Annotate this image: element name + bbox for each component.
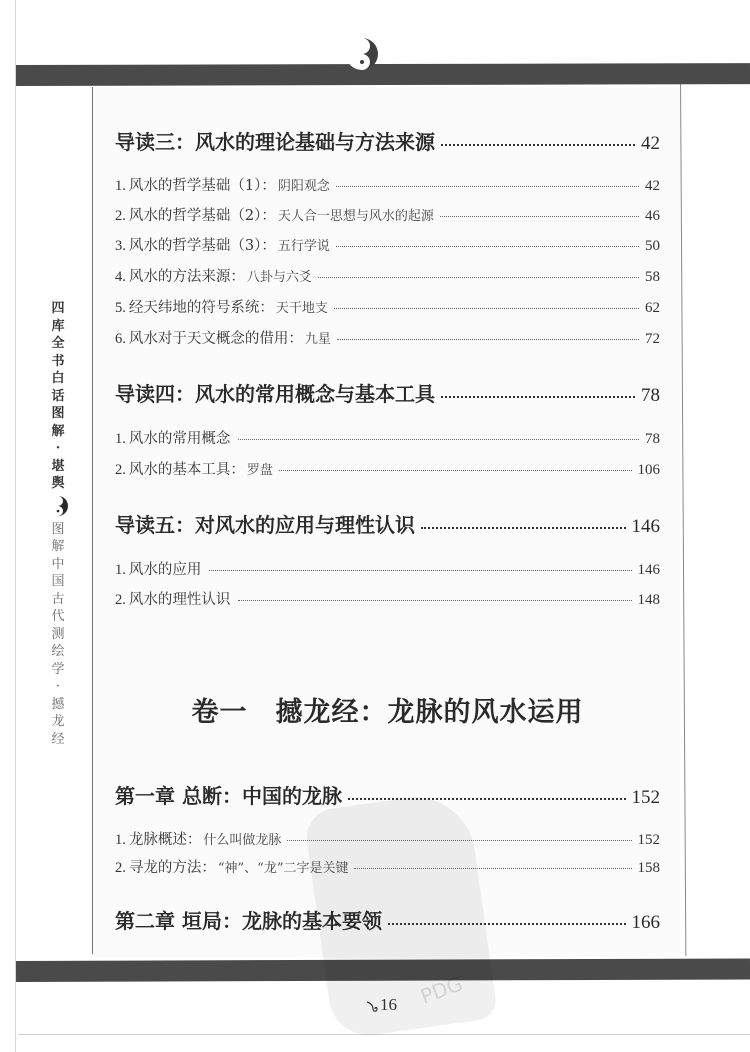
spine-char: 学 bbox=[51, 661, 64, 679]
entry-subtitle: “神”、“龙”二字是关键 bbox=[218, 861, 349, 876]
entry-number: 1. bbox=[115, 431, 126, 447]
toc-section-heading[interactable]: 导读五：对风水的应用与理性认识 146 bbox=[115, 509, 660, 538]
spine-char: 经 bbox=[51, 731, 64, 749]
toc-entry[interactable]: 3.风水的哲学基础（3）：五行学说 50 bbox=[115, 234, 660, 255]
page-edge bbox=[15, 0, 16, 1052]
chapter-title: 第一章 总断：中国的龙脉 bbox=[115, 780, 342, 809]
page-ref: 78 bbox=[641, 385, 660, 407]
toc-entry[interactable]: 6.风水对于天文概念的借用：九星 72 bbox=[115, 327, 660, 348]
dot-leader bbox=[421, 512, 626, 532]
spine-title: 四 库 全 书 白 话 图 解 · 堪 舆 图 解 中 国 古 代 测 绘 学 … bbox=[47, 300, 69, 748]
spine-char: 图 bbox=[51, 521, 64, 539]
chapter-title: 第二章 垣局：龙脉的基本要领 bbox=[115, 905, 382, 934]
page-ref: 158 bbox=[638, 860, 661, 877]
dot-leader bbox=[334, 298, 639, 313]
spine-char: 库 bbox=[51, 318, 64, 336]
dot-leader bbox=[279, 460, 632, 475]
spine-char: 舆 bbox=[51, 475, 64, 493]
dot-leader bbox=[287, 830, 631, 845]
toc-entry[interactable]: 2.寻龙的方法：“神”、“龙”二字是关键 158 bbox=[115, 856, 660, 877]
spine-char: 堪 bbox=[51, 458, 64, 476]
entry-title: 风水的常用概念 bbox=[129, 431, 231, 447]
page-number: 16 bbox=[380, 995, 397, 1015]
toc-entry[interactable]: 1.风水的应用 146 bbox=[115, 558, 660, 579]
entry-subtitle: 罗盘 bbox=[247, 463, 273, 478]
spine-char: 四 bbox=[51, 300, 64, 318]
swirl-ornament-icon bbox=[367, 1000, 381, 1014]
dot-leader bbox=[354, 858, 631, 873]
toc-entry[interactable]: 1.风水的哲学基础（1）：阴阳观念 42 bbox=[115, 174, 660, 195]
entry-subtitle: 天干地支 bbox=[276, 301, 328, 316]
page-ref: 152 bbox=[632, 787, 661, 809]
entry-title: 风水的方法来源： bbox=[129, 269, 245, 285]
spine-char: 撼 bbox=[51, 696, 64, 714]
entry-title: 风水的哲学基础（1）： bbox=[129, 178, 276, 194]
entry-number: 1. bbox=[115, 832, 126, 848]
section-title: 导读三：风水的理论基础与方法来源 bbox=[115, 126, 435, 155]
spine-char: 龙 bbox=[51, 713, 64, 731]
toc-section-heading[interactable]: 导读三：风水的理论基础与方法来源 42 bbox=[115, 126, 660, 155]
entry-number: 1. bbox=[115, 562, 126, 578]
page-bottom-edge bbox=[18, 1034, 750, 1035]
entry-number: 2. bbox=[115, 860, 126, 876]
entry-number: 5. bbox=[115, 300, 126, 316]
entry-number: 3. bbox=[115, 238, 126, 254]
entry-title: 寻龙的方法： bbox=[129, 860, 216, 876]
toc-entry[interactable]: 4.风水的方法来源：八卦与六爻 58 bbox=[115, 265, 660, 286]
spine-char: 白 bbox=[51, 370, 64, 388]
entry-subtitle: 天人合一思想与风水的起源 bbox=[278, 209, 434, 224]
spine-char: 中 bbox=[51, 556, 64, 574]
page-ref: 62 bbox=[645, 300, 660, 317]
dot-leader bbox=[336, 236, 639, 251]
entry-number: 1. bbox=[115, 178, 126, 194]
entry-title: 风水的哲学基础（2）： bbox=[129, 208, 276, 224]
toc-chapter-heading[interactable]: 第一章 总断：中国的龙脉 152 bbox=[115, 780, 660, 809]
entry-number: 4. bbox=[115, 269, 126, 285]
toc-entry[interactable]: 1.风水的常用概念 78 bbox=[115, 427, 660, 448]
page-ref: 42 bbox=[645, 178, 660, 195]
entry-number: 6. bbox=[115, 331, 126, 347]
toc-entry[interactable]: 2.风水的基本工具：罗盘 106 bbox=[115, 458, 660, 479]
page-ref: 166 bbox=[632, 912, 661, 934]
entry-subtitle: 九星 bbox=[305, 332, 331, 347]
entry-title: 龙脉概述： bbox=[129, 832, 202, 848]
entry-number: 2. bbox=[115, 592, 126, 608]
page-ref: 146 bbox=[632, 516, 661, 538]
entry-number: 2. bbox=[115, 208, 126, 224]
toc-chapter-heading[interactable]: 第二章 垣局：龙脉的基本要领 166 bbox=[115, 905, 660, 934]
entry-subtitle: 八卦与六爻 bbox=[247, 270, 312, 285]
volume-title[interactable]: 卷一撼龙经：龙脉的风水运用 bbox=[115, 690, 660, 729]
spine-char: · bbox=[56, 678, 60, 696]
toc-entry[interactable]: 5.经天纬地的符号系统：天干地支 62 bbox=[115, 296, 660, 317]
dot-leader bbox=[440, 206, 639, 221]
spine-char: 测 bbox=[51, 626, 64, 644]
spine-char: 国 bbox=[51, 573, 64, 591]
dot-leader bbox=[238, 429, 639, 444]
dot-leader bbox=[209, 560, 631, 575]
entry-title: 风水的基本工具： bbox=[129, 462, 245, 478]
section-title: 导读四：风水的常用概念与基本工具 bbox=[115, 378, 435, 407]
entry-title: 风水对于天文概念的借用： bbox=[129, 331, 303, 347]
spine-char: 绘 bbox=[51, 643, 64, 661]
page-ref: 146 bbox=[638, 562, 661, 579]
page-ref: 72 bbox=[645, 331, 660, 348]
dot-leader bbox=[441, 381, 635, 401]
entry-title: 风水的哲学基础（3）： bbox=[129, 238, 276, 254]
spine-char: 图 bbox=[51, 405, 64, 423]
entry-number: 2. bbox=[115, 462, 126, 478]
dot-leader bbox=[238, 590, 631, 605]
dot-leader bbox=[318, 267, 639, 282]
dot-leader bbox=[336, 176, 639, 191]
toc-entry[interactable]: 2.风水的理性认识 148 bbox=[115, 588, 660, 609]
yin-yang-icon bbox=[345, 37, 379, 71]
volume-name: 撼龙经：龙脉的风水运用 bbox=[276, 697, 584, 728]
page-ref: 46 bbox=[645, 208, 660, 225]
spine-char: 代 bbox=[51, 608, 64, 626]
spine-char: 全 bbox=[51, 335, 64, 353]
page-ref: 50 bbox=[645, 238, 660, 255]
page-ref: 148 bbox=[638, 592, 661, 609]
frame-rule-left bbox=[92, 87, 93, 954]
spine-char: 书 bbox=[51, 353, 64, 371]
section-title: 导读五：对风水的应用与理性认识 bbox=[115, 509, 415, 538]
spine-char: 解 bbox=[51, 423, 64, 441]
page-ref: 78 bbox=[645, 431, 660, 448]
page-ref: 152 bbox=[638, 832, 661, 849]
toc-section-heading[interactable]: 导读四：风水的常用概念与基本工具 78 bbox=[115, 378, 660, 407]
header-band bbox=[16, 63, 750, 86]
spine-char: 古 bbox=[51, 591, 64, 609]
dot-leader bbox=[388, 908, 626, 928]
entry-subtitle: 什么叫做龙脉 bbox=[203, 833, 281, 848]
entry-subtitle: 五行学说 bbox=[278, 239, 330, 254]
dot-leader bbox=[337, 329, 639, 344]
entry-subtitle: 阴阳观念 bbox=[278, 179, 330, 194]
spine-char: 解 bbox=[51, 538, 64, 556]
yin-yang-icon bbox=[48, 495, 68, 517]
spine-char: 话 bbox=[51, 388, 64, 406]
volume-label: 卷一 bbox=[192, 697, 248, 728]
dot-leader bbox=[348, 783, 626, 803]
dot-leader bbox=[441, 129, 635, 149]
spine-char: · bbox=[56, 440, 61, 458]
page-ref: 42 bbox=[641, 133, 660, 155]
entry-title: 风水的理性认识 bbox=[129, 592, 231, 608]
frame-rule-right bbox=[680, 76, 686, 956]
toc-entry[interactable]: 2.风水的哲学基础（2）：天人合一思想与风水的起源 46 bbox=[115, 204, 660, 225]
page-ref: 58 bbox=[645, 269, 660, 286]
entry-title: 风水的应用 bbox=[129, 562, 202, 578]
entry-title: 经天纬地的符号系统： bbox=[129, 300, 274, 316]
page-ref: 106 bbox=[638, 462, 661, 479]
toc-entry[interactable]: 1.龙脉概述：什么叫做龙脉 152 bbox=[115, 828, 660, 849]
